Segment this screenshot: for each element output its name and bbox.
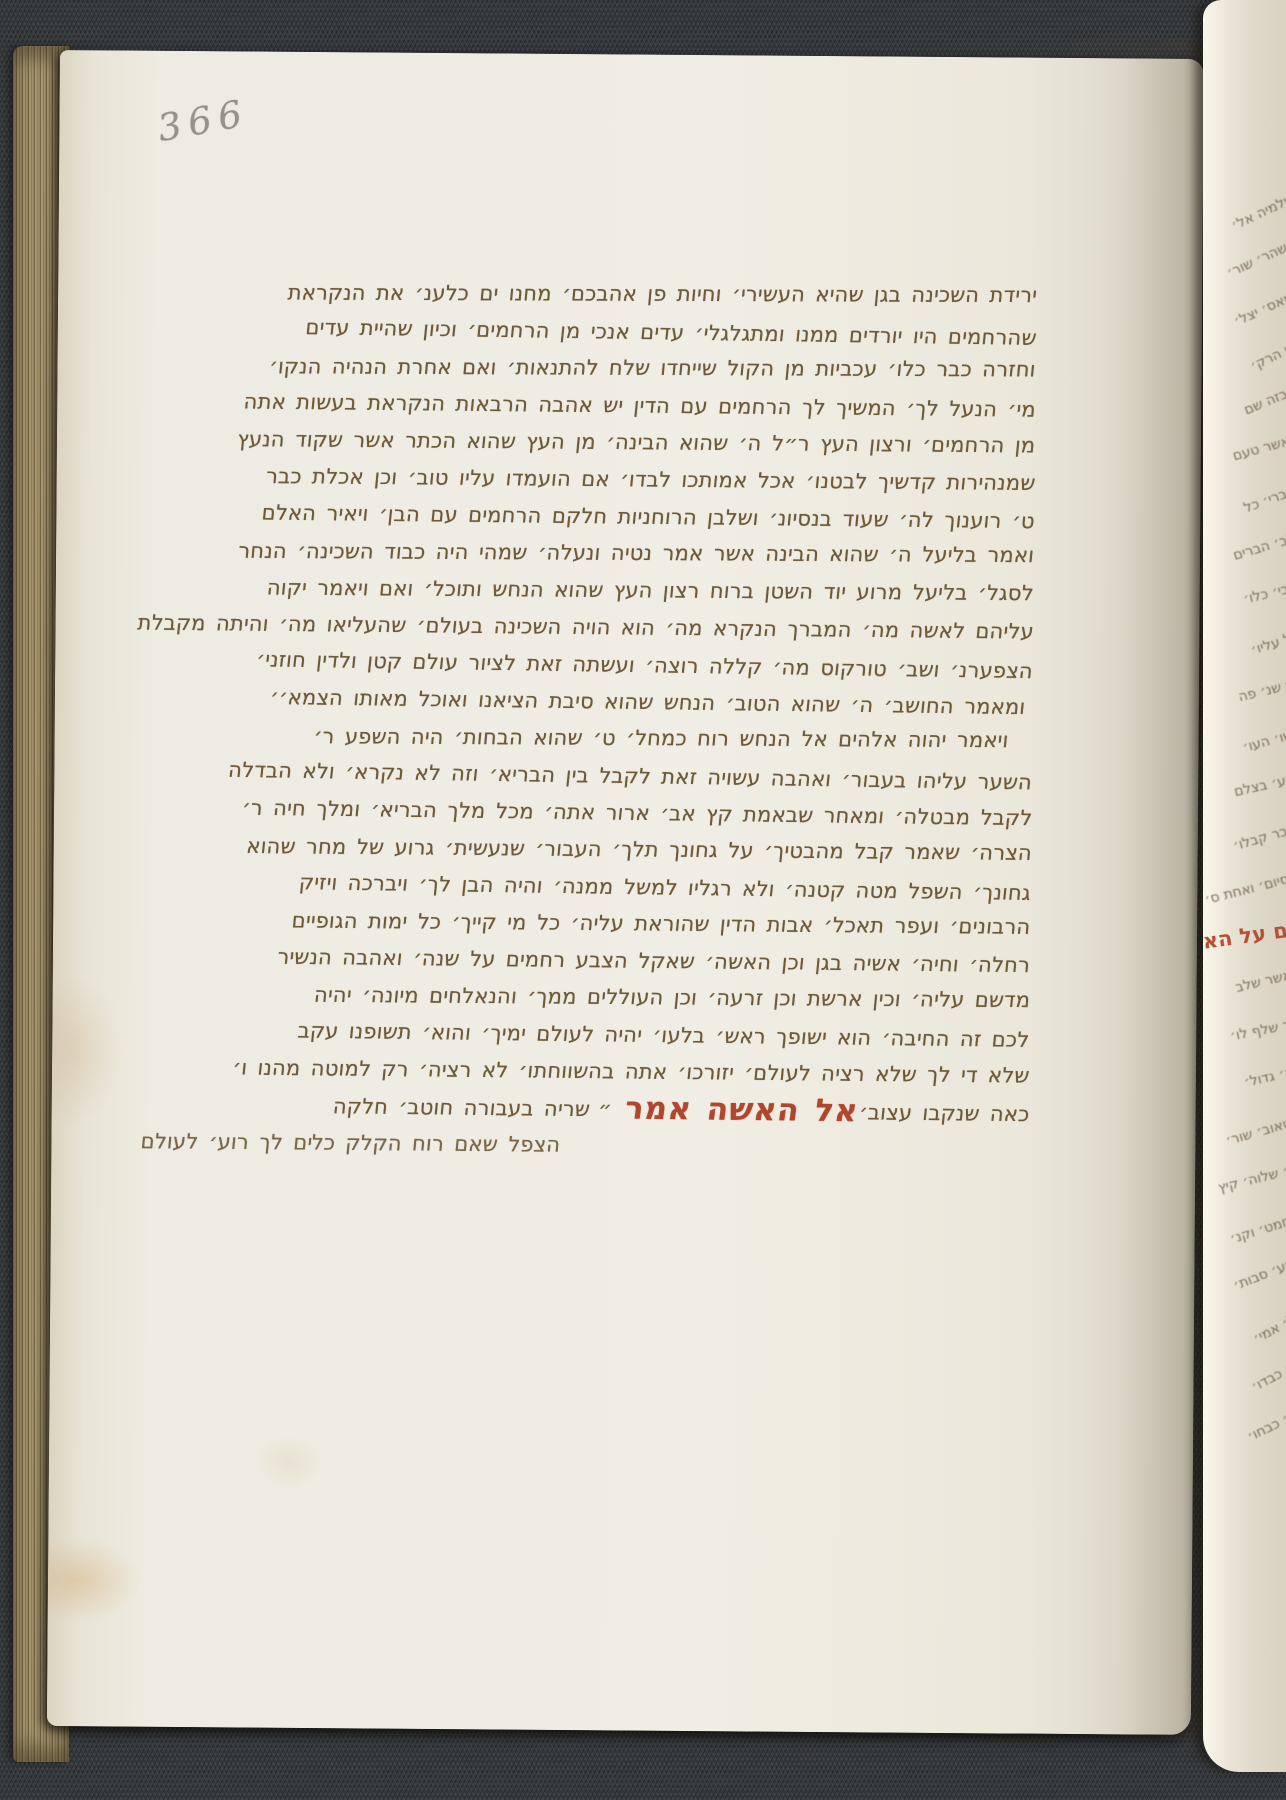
line-segment: לסגל׳ בליעל מרוע יוד השטן ברוח רצון העץ … bbox=[265, 570, 1035, 613]
facing-red-heading: ם על האדם bbox=[1203, 918, 1286, 957]
facing-text-fragment: שלמיה אל׳ bbox=[1229, 191, 1286, 234]
line-segment: ״ bbox=[596, 1091, 613, 1128]
folio-number: 366 bbox=[154, 91, 252, 150]
manuscript-line: לסגל׳ בליעל מרוע יוד השטן ברוח רצון העץ … bbox=[334, 570, 1034, 612]
facing-text-fragment: ואחמט׳ וקנ׳ bbox=[1228, 1209, 1286, 1247]
facing-text-fragment: ומי הרק׳ bbox=[1248, 337, 1286, 375]
rubric-heading: אל האשה אמר bbox=[623, 1091, 861, 1131]
manuscript-line: ירידת השכינה בגן שהיא העשירי׳ וחיות פן א… bbox=[337, 275, 1037, 314]
facing-text-fragment: ועבי׳ כלו׳ bbox=[1242, 578, 1286, 607]
facing-text-fragment: ואשר שלב bbox=[1233, 966, 1286, 996]
facing-text-fragment: בסיום׳ ואחת ס׳ bbox=[1203, 869, 1286, 908]
manuscript-line: מן הרחמים׳ ורצון העץ ר״ל ה׳ שהוא הבינה׳ … bbox=[335, 422, 1035, 465]
facing-text-fragment: וטאס׳ יצל׳ bbox=[1232, 288, 1286, 330]
facing-text-fragment: מל׳ אמי׳ bbox=[1251, 1307, 1286, 1347]
line-segment: ים לך רוע׳ לעולם bbox=[139, 1123, 314, 1161]
manuscript-line: מדשם עליה׳ וכין ארשת וכן זרעה׳ וכן העולל… bbox=[330, 977, 1030, 1019]
facing-text-fragment: וק׳ גדול׳ bbox=[1243, 1063, 1286, 1091]
manuscript-photo: { "folio_number": "366", "colors": { "in… bbox=[0, 0, 1286, 1800]
facing-text-fragment: כבר קבלו׳ bbox=[1231, 821, 1286, 854]
manuscript-line: הצפל שאם רוח הקלק כלים לך רוע׳ לעולם bbox=[329, 1125, 1029, 1168]
manuscript-line: ואמר בליעל ה׳ שהוא הבינה אשר אמר נטיה ונ… bbox=[334, 533, 1034, 574]
facing-text-fragment: וכל עליו׳ bbox=[1249, 627, 1286, 658]
line-segment: ואמר בליעל ה׳ שהוא הבינה אשר אמר נטיה ונ… bbox=[237, 533, 1036, 574]
manuscript-line: ויאמר יהוה אלהים אל הנחש רוח כמחל׳ ט׳ שה… bbox=[332, 718, 1032, 759]
facing-text-fragment: ידי שנ׳ פה bbox=[1237, 675, 1286, 705]
facing-text-fragment: ובזה שם bbox=[1242, 385, 1286, 419]
facing-text-fragment: אשר טעם bbox=[1231, 433, 1286, 464]
facing-text-fragment: וע׳ בצלם bbox=[1232, 772, 1286, 800]
manuscript-line: הרבונים׳ ועפר תאכל׳ אבות הדין שהוראת עלי… bbox=[331, 903, 1031, 946]
facing-text-fragment: שהר׳ שור׳ bbox=[1225, 240, 1286, 281]
line-segment: שריה בעבורה חוטב׳ חלקה bbox=[331, 1088, 592, 1128]
manuscript-page: 366 ירידת השכינה בגן שהיא העשירי׳ וחיות … bbox=[47, 50, 1204, 1735]
line-segment: ירידת השכינה בגן שהיא העשירי׳ וחיות פן א… bbox=[286, 275, 1039, 315]
facing-text-fragment: וע׳ שלוה׳ קיץ bbox=[1217, 1160, 1286, 1196]
facing-page-edge: שלמיה אל׳שהר׳ שור׳וטאס׳ יצל׳ומי הרק׳ובזה… bbox=[1203, 0, 1286, 1772]
facing-text-fragment: וע׳ סבות׳ bbox=[1231, 1258, 1286, 1294]
line-segment: מדשם עליה׳ וכין ארשת וכן זרעה׳ וכן העולל… bbox=[312, 977, 1032, 1019]
line-segment: וחזרה כבר כלו׳ עכביות מן הקול שייחדו שלח… bbox=[268, 348, 1038, 388]
facing-text-fragment: שר שלף לו׳ bbox=[1229, 1015, 1286, 1044]
line-segment: כאה שנקבו עצוב׳ bbox=[857, 1094, 1031, 1133]
line-segment: הצפל שאם רוח הקלק כל bbox=[310, 1125, 562, 1164]
manuscript-line: וחזרה כבר כלו׳ עכביות מן הקול שייחדו שלח… bbox=[336, 349, 1036, 389]
facing-text-fragment: קשו׳ העו׳ bbox=[1241, 724, 1286, 756]
line-segment: ויאמר יהוה אלהים אל הנחש רוח כמחל׳ ט׳ שה… bbox=[312, 718, 1010, 759]
facing-text-fragment: יום׳ כבחו׳ bbox=[1245, 1404, 1286, 1445]
facing-text-fragment: וא׳ כבדו׳ bbox=[1249, 1355, 1286, 1395]
facing-text-fragment: ומברי׳ כל bbox=[1242, 481, 1286, 516]
text-block: ירידת השכינה בגן שהיא העשירי׳ וחיות פן א… bbox=[329, 274, 1037, 1169]
manuscript-line: שמנהירות קדשיך לבטנו׳ אכל אמותכו לבדו׳ א… bbox=[335, 459, 1035, 502]
facing-text-fragment: לב׳ הברים bbox=[1231, 530, 1286, 563]
facing-text-fragment: קטאוב׳ שור׳ bbox=[1224, 1112, 1286, 1149]
